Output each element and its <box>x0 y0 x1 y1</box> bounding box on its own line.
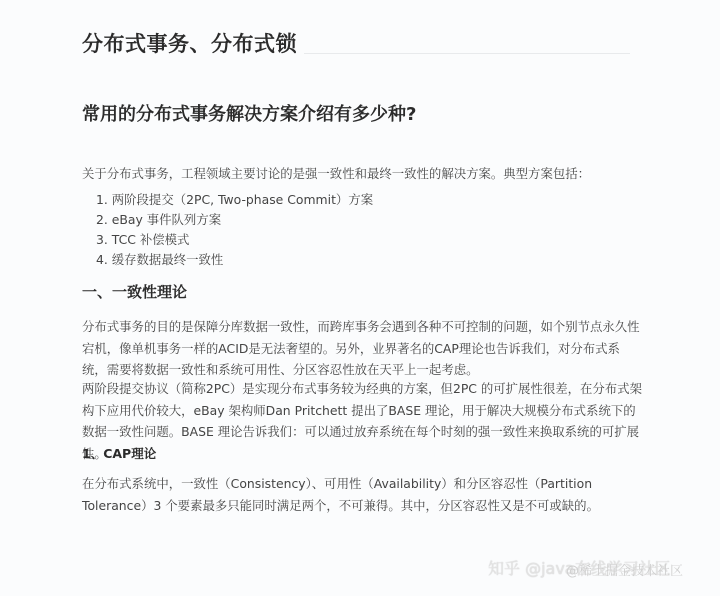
title-divider <box>304 53 630 54</box>
list-item: 3. TCC 补偿模式 <box>96 230 373 250</box>
list-item: 1. 两阶段提交（2PC, Two-phase Commit）方案 <box>96 190 373 210</box>
section-heading-consistency: 一、一致性理论 <box>82 281 187 302</box>
juejin-watermark: @稀土掘金技术社区 <box>566 560 683 579</box>
question-heading: 常用的分布式事务解决方案介绍有多少种? <box>82 100 416 126</box>
intro-paragraph: 关于分布式事务，工程领域主要讨论的是强一致性和最终一致性的解决方案。典型方案包括… <box>82 163 642 185</box>
article-page: 分布式事务、分布式锁 常用的分布式事务解决方案介绍有多少种? 关于分布式事务，工… <box>0 0 720 596</box>
list-item: 4. 缓存数据最终一致性 <box>96 250 373 270</box>
consistency-paragraph-1: 分布式事务的目的是保障分库数据一致性，而跨库事务会遇到各种不可控制的问题，如个别… <box>82 316 642 381</box>
subsection-heading-cap: 1、CAP理论 <box>82 444 156 462</box>
page-title: 分布式事务、分布式锁 <box>82 28 297 58</box>
cap-paragraph: 在分布式系统中，一致性（Consistency）、可用性（Availabilit… <box>82 473 642 516</box>
list-item: 2. eBay 事件队列方案 <box>96 210 373 230</box>
consistency-paragraph-2: 两阶段提交协议（简称2PC）是实现分布式事务较为经典的方案，但2PC 的可扩展性… <box>82 378 642 464</box>
solutions-list: 1. 两阶段提交（2PC, Two-phase Commit）方案 2. eBa… <box>96 190 373 270</box>
